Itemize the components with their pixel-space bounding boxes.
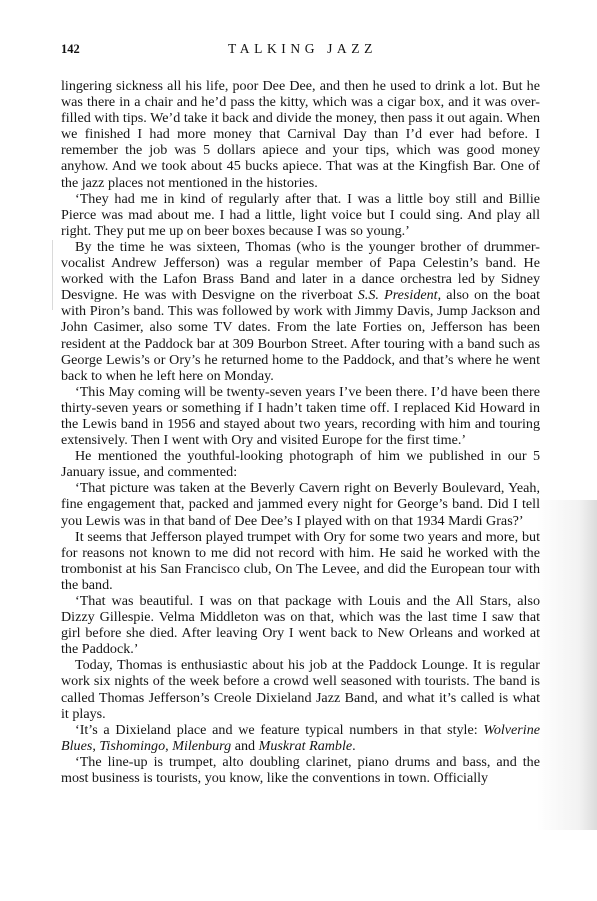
paragraph: He mentioned the youthful-looking photog… — [61, 448, 540, 480]
song-title: Milenburg — [172, 738, 231, 754]
paragraph-text: and — [231, 738, 258, 754]
paragraph: ‘This May coming will be twenty-seven ye… — [61, 384, 540, 448]
body-text: lingering sickness all his life, poor De… — [61, 78, 540, 786]
ship-name: S.S. President — [358, 287, 438, 303]
running-title: TALKING JAZZ — [61, 41, 540, 57]
paragraph: By the time he was sixteen, Thomas (who … — [61, 239, 540, 384]
paragraph: ‘It’s a Dixieland place and we feature t… — [61, 722, 540, 754]
paragraph: ‘The line-up is trumpet, alto doubling c… — [61, 754, 540, 786]
running-header: 142 TALKING JAZZ — [61, 41, 540, 61]
book-page: 142 TALKING JAZZ lingering sickness all … — [0, 0, 597, 901]
paragraph-text: . — [352, 738, 356, 754]
paragraph: ‘That picture was taken at the Beverly C… — [61, 480, 540, 528]
page-edge-shadow — [537, 500, 597, 830]
paragraph: Today, Thomas is enthusiastic about his … — [61, 657, 540, 721]
paragraph: lingering sickness all his life, poor De… — [61, 78, 540, 191]
paragraph: It seems that Jefferson played trumpet w… — [61, 529, 540, 593]
margin-mark — [52, 240, 53, 310]
song-title: Tishomingo — [99, 738, 165, 754]
song-title: Muskrat Ramble — [259, 738, 353, 754]
paragraph: ‘That was beautiful. I was on that packa… — [61, 593, 540, 657]
paragraph-text: ‘It’s a Dixieland place and we feature t… — [75, 722, 483, 738]
paragraph: ‘They had me in kind of regularly after … — [61, 191, 540, 239]
